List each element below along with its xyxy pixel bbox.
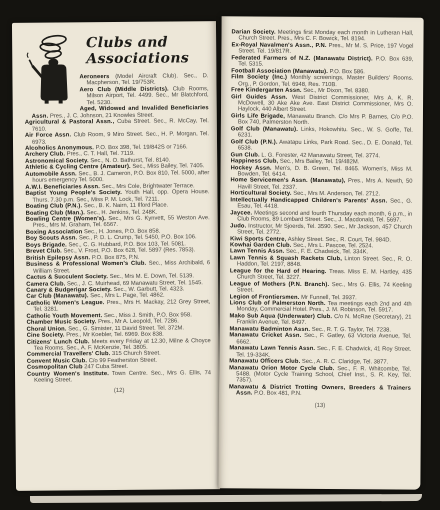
entry-club-name: Film Society (Inc.) — [231, 75, 287, 81]
entry-club-name: Archery Club. — [25, 152, 65, 158]
entry-club-name: Jaycee. — [230, 210, 252, 216]
entry-club-name: Kiwi Sports Centre, — [230, 236, 286, 242]
entry-club-name: Manawatu Lawn Tennis Assn. — [229, 346, 315, 353]
page-number-left: (12) — [27, 387, 211, 395]
entry-club-name: Golf Club (Manawatu). — [231, 126, 298, 132]
entry-club-name: Air Force Assn. — [25, 132, 71, 138]
directory-entry: Film Society (Inc.) Monthly screenings, … — [231, 75, 413, 89]
entry-club-name: Lawn Tennis Assn. — [230, 249, 284, 255]
entry-club-name: Mako Sub Aqua (Underwater) Club. — [230, 313, 333, 320]
directory-entry: Home Servicemen's Assn. (Manawatu), Pres… — [230, 178, 412, 192]
entry-club-name: Golf Club (P.N.). — [231, 139, 278, 145]
entry-club-name: Business & Professional Women's Club. — [26, 261, 146, 268]
directory-entry: Jaycee. Meetings second and fourth Thurs… — [230, 210, 412, 224]
directory-entry: Manawatu Lawn Tennis Assn. Sec., F. E. C… — [229, 346, 411, 360]
directory-entry: Manawatu & District Trotting Owners, Bre… — [229, 384, 411, 398]
entry-club-name: Camera Club. — [26, 281, 65, 287]
directory-entry: Mako Sub Aqua (Underwater) Club. C/o N. … — [229, 313, 411, 327]
entry-club-name: Bowling Centre (Women's). — [26, 216, 106, 223]
page-number-right: (13) — [229, 402, 411, 409]
entry-club-name: Intellectually Handicapped Children's Pa… — [230, 197, 387, 204]
entry-club-name: Aeroneers — [79, 74, 109, 80]
entry-club-name: Hockey Assn. — [231, 165, 272, 171]
entry-club-name: Citizens' Lunch Club. — [27, 339, 90, 346]
directory-entry: Girls Life Brigade, Manawatu Branch. C/o… — [231, 113, 413, 127]
entry-club-name: Home Servicemen's Assn. (Manawatu), — [230, 178, 345, 185]
entry-club-name: Gun Club. — [231, 152, 260, 158]
directory-entry: Golf Club (Manawatu). Links, Hokowhitu. … — [231, 126, 413, 140]
entry-club-name: Boys Brigade. — [26, 242, 67, 248]
page-left: Clubs and Associations Aeroneers (Model … — [12, 21, 220, 491]
entry-club-name: Agricultural & Pastoral Assn., — [25, 119, 115, 126]
directory-entry: Lawn Tennis & Squash Rackets Club, Linto… — [230, 255, 412, 269]
entry-club-name: Boxing Association — [26, 229, 83, 235]
entry-club-name: Kowhai Garden Club. — [230, 242, 292, 248]
directory-entry: Lions Club of Palmerston North. Tea meet… — [230, 300, 412, 314]
entry-club-name: Lawn Tennis & Squash Rackets Club, — [230, 255, 342, 262]
entry-club-name: Manawatu Cricket Assn. — [229, 333, 301, 340]
entry-club-name: Manawatu Officers Club. — [229, 358, 300, 364]
entry-club-name: Choral Union. — [27, 326, 67, 332]
page-right: Darian Society. Meetings first Monday ea… — [218, 16, 423, 489]
entry-club-name: League of Mothers (P.N. Branch). — [230, 281, 329, 288]
directory-entry: Intellectually Handicapped Children's Pa… — [230, 197, 412, 211]
entry-club-name: Cine Society. — [27, 333, 65, 339]
entry-club-name: Catholic Women's League. — [26, 300, 104, 307]
entry-club-name: Darian Society. — [232, 29, 276, 35]
entry-club-name: Brevet Club. — [26, 249, 62, 255]
section-title-line2: Associations — [86, 50, 189, 67]
entry-club-name: Federated Farmers of N.Z. (Manawatu Dist… — [231, 55, 372, 62]
entry-club-name: Boy Scouts Assn. — [26, 236, 78, 242]
directory-entry: Country Women's Institute. Town Centre. … — [27, 370, 211, 385]
entry-club-name: Chamber Music Society. — [27, 319, 97, 326]
scanned-directory-spread: Clubs and Associations Aeroneers (Model … — [0, 0, 440, 510]
entry-club-name: Horticultural Society. — [230, 191, 291, 197]
entry-club-name: Free Kindergarten Assn. — [231, 87, 302, 93]
directory-entry: Federated Farmers of N.Z. (Manawatu Dist… — [231, 55, 413, 69]
entry-club-name: Cactus & Succulent Society. — [26, 274, 108, 281]
directory-entry: League of Mothers (P.N. Branch). Sec., M… — [230, 281, 412, 295]
entry-club-name: Happiness Club, — [231, 158, 279, 164]
entry-club-name: Baptist Young People's Society. — [25, 190, 122, 197]
directory-entry: Hockey Assn. Men's, D. B. Green, Tel. 84… — [231, 165, 413, 179]
directory-entry: Golf Club (P.N.). Awatapu Links, Park Ro… — [231, 139, 413, 153]
directory-entry: Ex-Royal Navalmen's Assn., P.N. Pres., M… — [231, 42, 413, 56]
section-title-line1: Clubs and — [86, 35, 168, 52]
entry-club-name: Judo. — [230, 223, 246, 229]
directory-entry: Darian Society. Meetings first Monday ea… — [231, 29, 413, 43]
entry-club-name: Country Women's Institute. — [27, 371, 109, 378]
entry-club-name: Lions Club of Palmerston North. — [230, 300, 326, 307]
smoking-figure-illustration — [24, 33, 81, 107]
entry-club-name: Aero Club (Middle Districts). — [80, 86, 169, 93]
entry-club-name: Legion of Frontiersmen. — [230, 294, 300, 300]
entry-club-name: League for the Hard of Hearing. — [230, 268, 327, 275]
club-list-right: Darian Society. Meetings first Monday ea… — [229, 29, 414, 398]
entry-club-name: Girl Guides Assn. — [231, 94, 287, 100]
entry-club-name: Cosmopolitan Club — [27, 365, 83, 371]
page-curl-shadow — [30, 494, 422, 503]
directory-entry: Manawatu Cricket Assn. Sec., F. Gatley, … — [229, 333, 411, 347]
entry-club-name: Girls Life Brigade, — [231, 113, 285, 119]
entry-club-name: Manawatu Orion Motor Cycle Club. — [229, 365, 334, 372]
entry-club-name: Manawatu & District Trotting Owners, Bre… — [229, 384, 411, 397]
directory-entry: Girl Guides Assn. West District Commissi… — [231, 94, 413, 115]
entry-club-name: Aged, Widowed and Invalided Beneficiarie… — [32, 105, 209, 119]
directory-entry: Judo. Instructor, Mr Sjoerds, Tel. 3590.… — [230, 223, 412, 237]
entry-club-name: Ex-Royal Navalmen's Assn., P.N. — [231, 42, 326, 49]
directory-entry: Manawatu Orion Motor Cycle Club. Sec., F… — [229, 365, 411, 386]
club-list-left: Aeroneers (Model Aircraft Club). Sec., D… — [24, 73, 211, 384]
entry-club-name: Automobile Assn. — [25, 171, 77, 177]
directory-entry: League for the Hard of Hearing. Treas. M… — [230, 268, 412, 282]
